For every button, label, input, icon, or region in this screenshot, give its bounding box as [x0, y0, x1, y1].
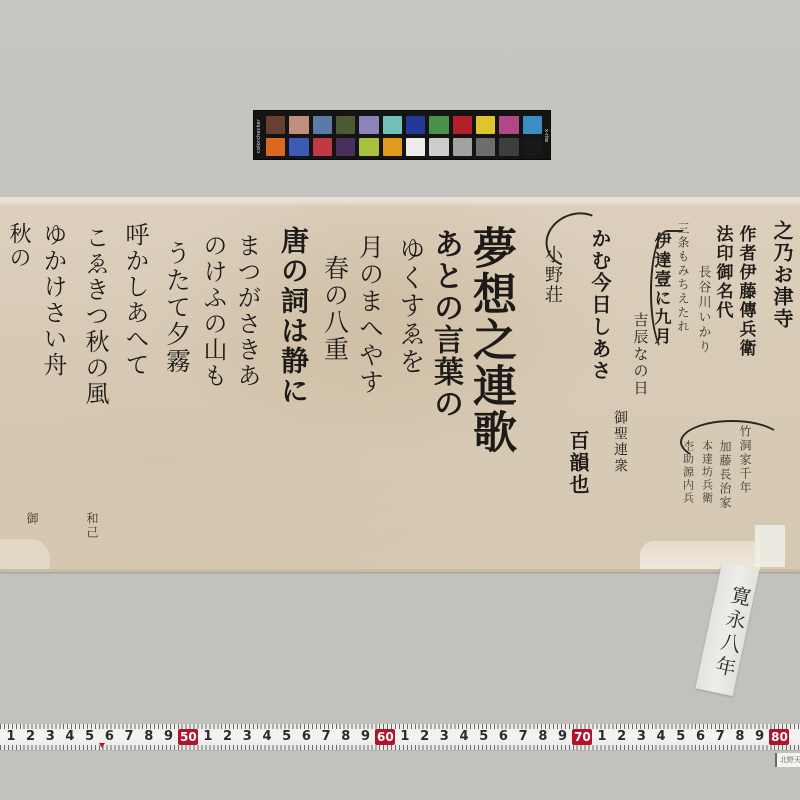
- ruler-label: 1: [395, 729, 415, 745]
- ruler-label: 3: [237, 729, 257, 745]
- color-swatch: [266, 116, 285, 134]
- ruler-label: 9: [553, 729, 573, 745]
- paper-top-edge: [0, 199, 800, 207]
- calligraphy-column: 秋の: [7, 222, 29, 270]
- ruler-label: 50: [178, 729, 198, 745]
- calligraphy-column: 夢想之連歌: [468, 225, 512, 455]
- caption-tag: 北野天満宮: [775, 753, 800, 767]
- date-label-slip: 寛永八年: [695, 561, 759, 696]
- ruler-label: 2: [612, 729, 632, 745]
- ruler-label: 7: [513, 729, 533, 745]
- ruler-label: 1: [198, 729, 218, 745]
- ruler-label: 9: [159, 729, 179, 745]
- color-swatch: [336, 116, 355, 134]
- ruler-label: 5: [474, 729, 494, 745]
- calligraphy-column: 之乃お津寺: [772, 220, 792, 330]
- paper-worn-corner: [0, 539, 50, 569]
- ruler-label: 4: [454, 729, 474, 745]
- calligraphy-column: 作者伊藤傳兵衛: [737, 225, 754, 358]
- ruler-label: 7: [316, 729, 336, 745]
- ruler-label: 1: [1, 729, 21, 745]
- ruler-label: 2: [415, 729, 435, 745]
- calligraphy-column: まつがさきあ: [235, 233, 259, 389]
- ruler-label: 5: [671, 729, 691, 745]
- ruler-label: 4: [257, 729, 277, 745]
- ruler-ticks-bottom: [0, 745, 800, 750]
- color-checker-brand: colorchecker: [256, 117, 266, 155]
- calligraphy-column: 御: [26, 512, 38, 526]
- calligraphy-column: 御聖連衆: [613, 410, 627, 474]
- color-swatch: [406, 138, 425, 156]
- color-swatch: [429, 138, 448, 156]
- calligraphy-column: うたて夕霧: [165, 240, 190, 375]
- backdrop: [0, 0, 800, 200]
- measuring-ruler: 1234567895012345678960123456789701234567…: [0, 723, 800, 751]
- ruler-label: 8: [533, 729, 553, 745]
- label-text: 寛永八年: [702, 581, 751, 681]
- calligraphy-column: 月のまへやす: [358, 234, 383, 396]
- color-swatch: [499, 138, 518, 156]
- color-swatch: [313, 116, 332, 134]
- color-swatch: [289, 116, 308, 134]
- ruler-label: 1: [592, 729, 612, 745]
- ruler-label: 9: [356, 729, 376, 745]
- calligraphy-column: 呼かしあへて: [123, 222, 147, 378]
- calligraphy-column: 唐の詞は静に: [279, 226, 307, 406]
- ruler-label: 9: [750, 729, 770, 745]
- color-swatch: [266, 138, 285, 156]
- color-swatch: [359, 116, 378, 134]
- ruler-label: 2: [218, 729, 238, 745]
- ruler-label: 2: [21, 729, 41, 745]
- color-swatch: [336, 138, 355, 156]
- color-swatch: [453, 116, 472, 134]
- color-swatch: [359, 138, 378, 156]
- color-swatch: [453, 138, 472, 156]
- ruler-label: 60: [375, 729, 395, 745]
- calligraphy-column: 長谷川いかり: [697, 265, 710, 355]
- brush-curve-mark-2: [680, 420, 784, 464]
- calligraphy-column: ゆかけさい舟: [41, 222, 65, 378]
- calligraphy-column: あとの言葉の: [430, 228, 460, 420]
- calligraphy-column: のけふの山も: [201, 233, 225, 389]
- color-swatch: [523, 116, 542, 134]
- color-swatch: [523, 138, 542, 156]
- calligraphy-column: こゑきつ秋の風: [83, 225, 107, 407]
- ruler-label: 6: [297, 729, 317, 745]
- color-swatch: [383, 138, 402, 156]
- ruler-label: 7: [710, 729, 730, 745]
- xrite-logo: x-rite: [541, 119, 549, 153]
- brush-bracket-mark: [650, 230, 684, 354]
- color-swatch: [289, 138, 308, 156]
- color-swatch: [313, 138, 332, 156]
- calligraphy-column: 法印御名代: [714, 225, 731, 320]
- color-swatch: [383, 116, 402, 134]
- ruler-label: 5: [80, 729, 100, 745]
- ruler-label: 7: [119, 729, 139, 745]
- color-swatch: [499, 116, 518, 134]
- color-swatch-grid: [266, 116, 542, 156]
- color-swatch: [406, 116, 425, 134]
- ruler-label: 6: [691, 729, 711, 745]
- color-swatch: [476, 138, 495, 156]
- ruler-label: 3: [40, 729, 60, 745]
- ruler-numbers: 1234567895012345678960123456789701234567…: [0, 729, 800, 745]
- ruler-label: 6: [494, 729, 514, 745]
- ruler-label: 8: [730, 729, 750, 745]
- ruler-label: 5: [277, 729, 297, 745]
- calligraphy-column: 春の八重: [323, 255, 348, 363]
- calligraphy-column: 百韻也: [568, 430, 588, 496]
- ruler-label: 4: [651, 729, 671, 745]
- calligraphy-column: ゆくすゑを: [397, 236, 423, 376]
- ruler-label: 3: [632, 729, 652, 745]
- ruler-label: 70: [572, 729, 592, 745]
- calligraphy-column: 和己: [86, 512, 98, 540]
- ruler-label: 80: [769, 729, 789, 745]
- ruler-label: 3: [434, 729, 454, 745]
- color-swatch: [476, 116, 495, 134]
- ruler-label: 8: [336, 729, 356, 745]
- ruler-label: 4: [60, 729, 80, 745]
- calligraphy-column: 吉辰なの日: [633, 312, 648, 397]
- color-swatch: [429, 116, 448, 134]
- ruler-label: 8: [139, 729, 159, 745]
- color-checker-card: colorchecker x-rite: [253, 110, 551, 160]
- mounting-tape: [755, 525, 785, 567]
